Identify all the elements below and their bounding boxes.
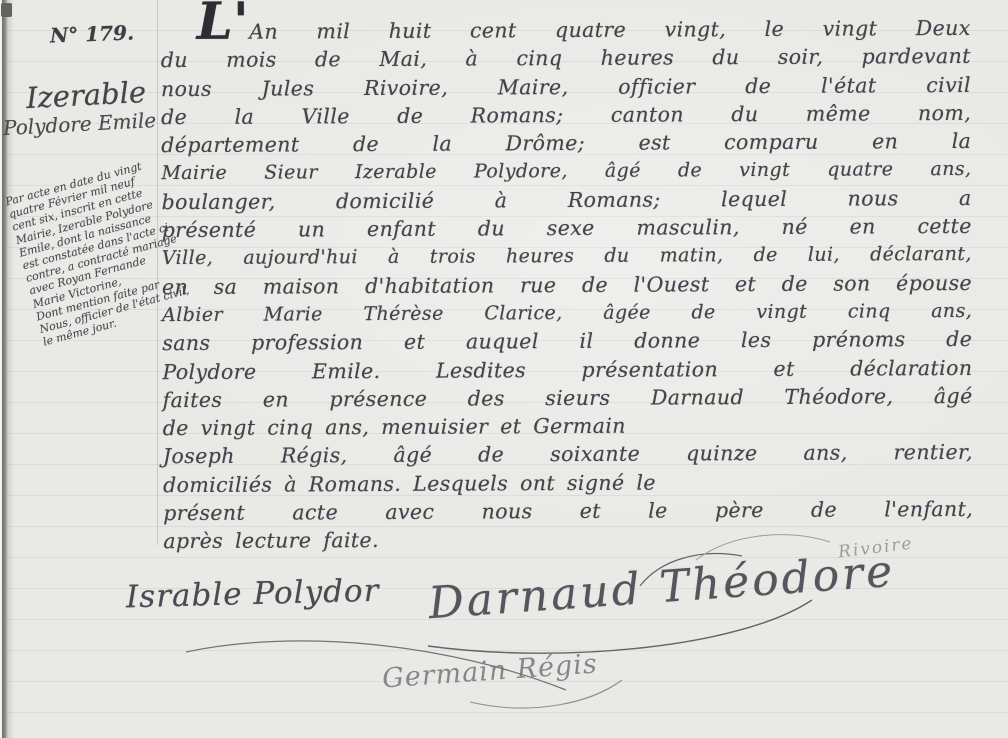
body-line: Mairie Sieur Izerable Polydore, âgé de v… — [161, 155, 971, 188]
body-line: présent acte avec nous et le père de l'e… — [163, 495, 973, 528]
register-page-scan: N° 179. Izerable Polydore Emile Par acte… — [0, 0, 1008, 738]
act-body-text: L'An mil huit cent quatre vingt, le ving… — [161, 14, 974, 556]
margin-given-names: Polydore Emile — [2, 108, 156, 140]
body-line: présenté un enfant du sexe masculin, né … — [162, 212, 972, 245]
body-line: Albier Marie Thérèse Clarice, âgée de vi… — [162, 297, 972, 330]
body-line: sans profession et auquel il donne les p… — [162, 325, 972, 358]
body-line: Joseph Régis, âgé de soixante quinze ans… — [163, 438, 973, 471]
body-line: Polydore Emile. Lesdites présentation et… — [162, 353, 972, 386]
signature-witness-germain: Germain Régis — [381, 649, 598, 695]
scan-left-edge — [0, 0, 14, 738]
body-line: du mois de Mai, à cinq heures du soir, p… — [161, 42, 971, 75]
body-line: domiciliés à Romans. Lesquels ont signé … — [163, 467, 973, 500]
body-line: département de la Drôme; est comparu en … — [161, 127, 971, 160]
body-line: de vingt cinq ans, menuisier et Germain — [163, 410, 973, 443]
act-number: N° 179. — [50, 21, 135, 48]
body-line: L'An mil huit cent quatre vingt, le ving… — [161, 14, 971, 47]
body-line: Ville, aujourd'hui à trois heures du mat… — [162, 240, 972, 273]
signature-father-izerable: Israble Polydor — [126, 573, 380, 616]
scan-corner-mark — [1, 3, 12, 17]
body-line: boulanger, domicilié à Romans; lequel no… — [161, 184, 971, 217]
signature-witness-darnaud: Darnaud Théodore — [427, 546, 897, 629]
body-line: de la Ville de Romans; canton du même no… — [161, 99, 971, 132]
body-line: en sa maison d'habitation rue de l'Ouest… — [162, 269, 972, 302]
body-line: faites en présence des sieurs Darnaud Th… — [163, 382, 973, 415]
body-line: nous Jules Rivoire, Maire, officier de l… — [161, 70, 971, 103]
